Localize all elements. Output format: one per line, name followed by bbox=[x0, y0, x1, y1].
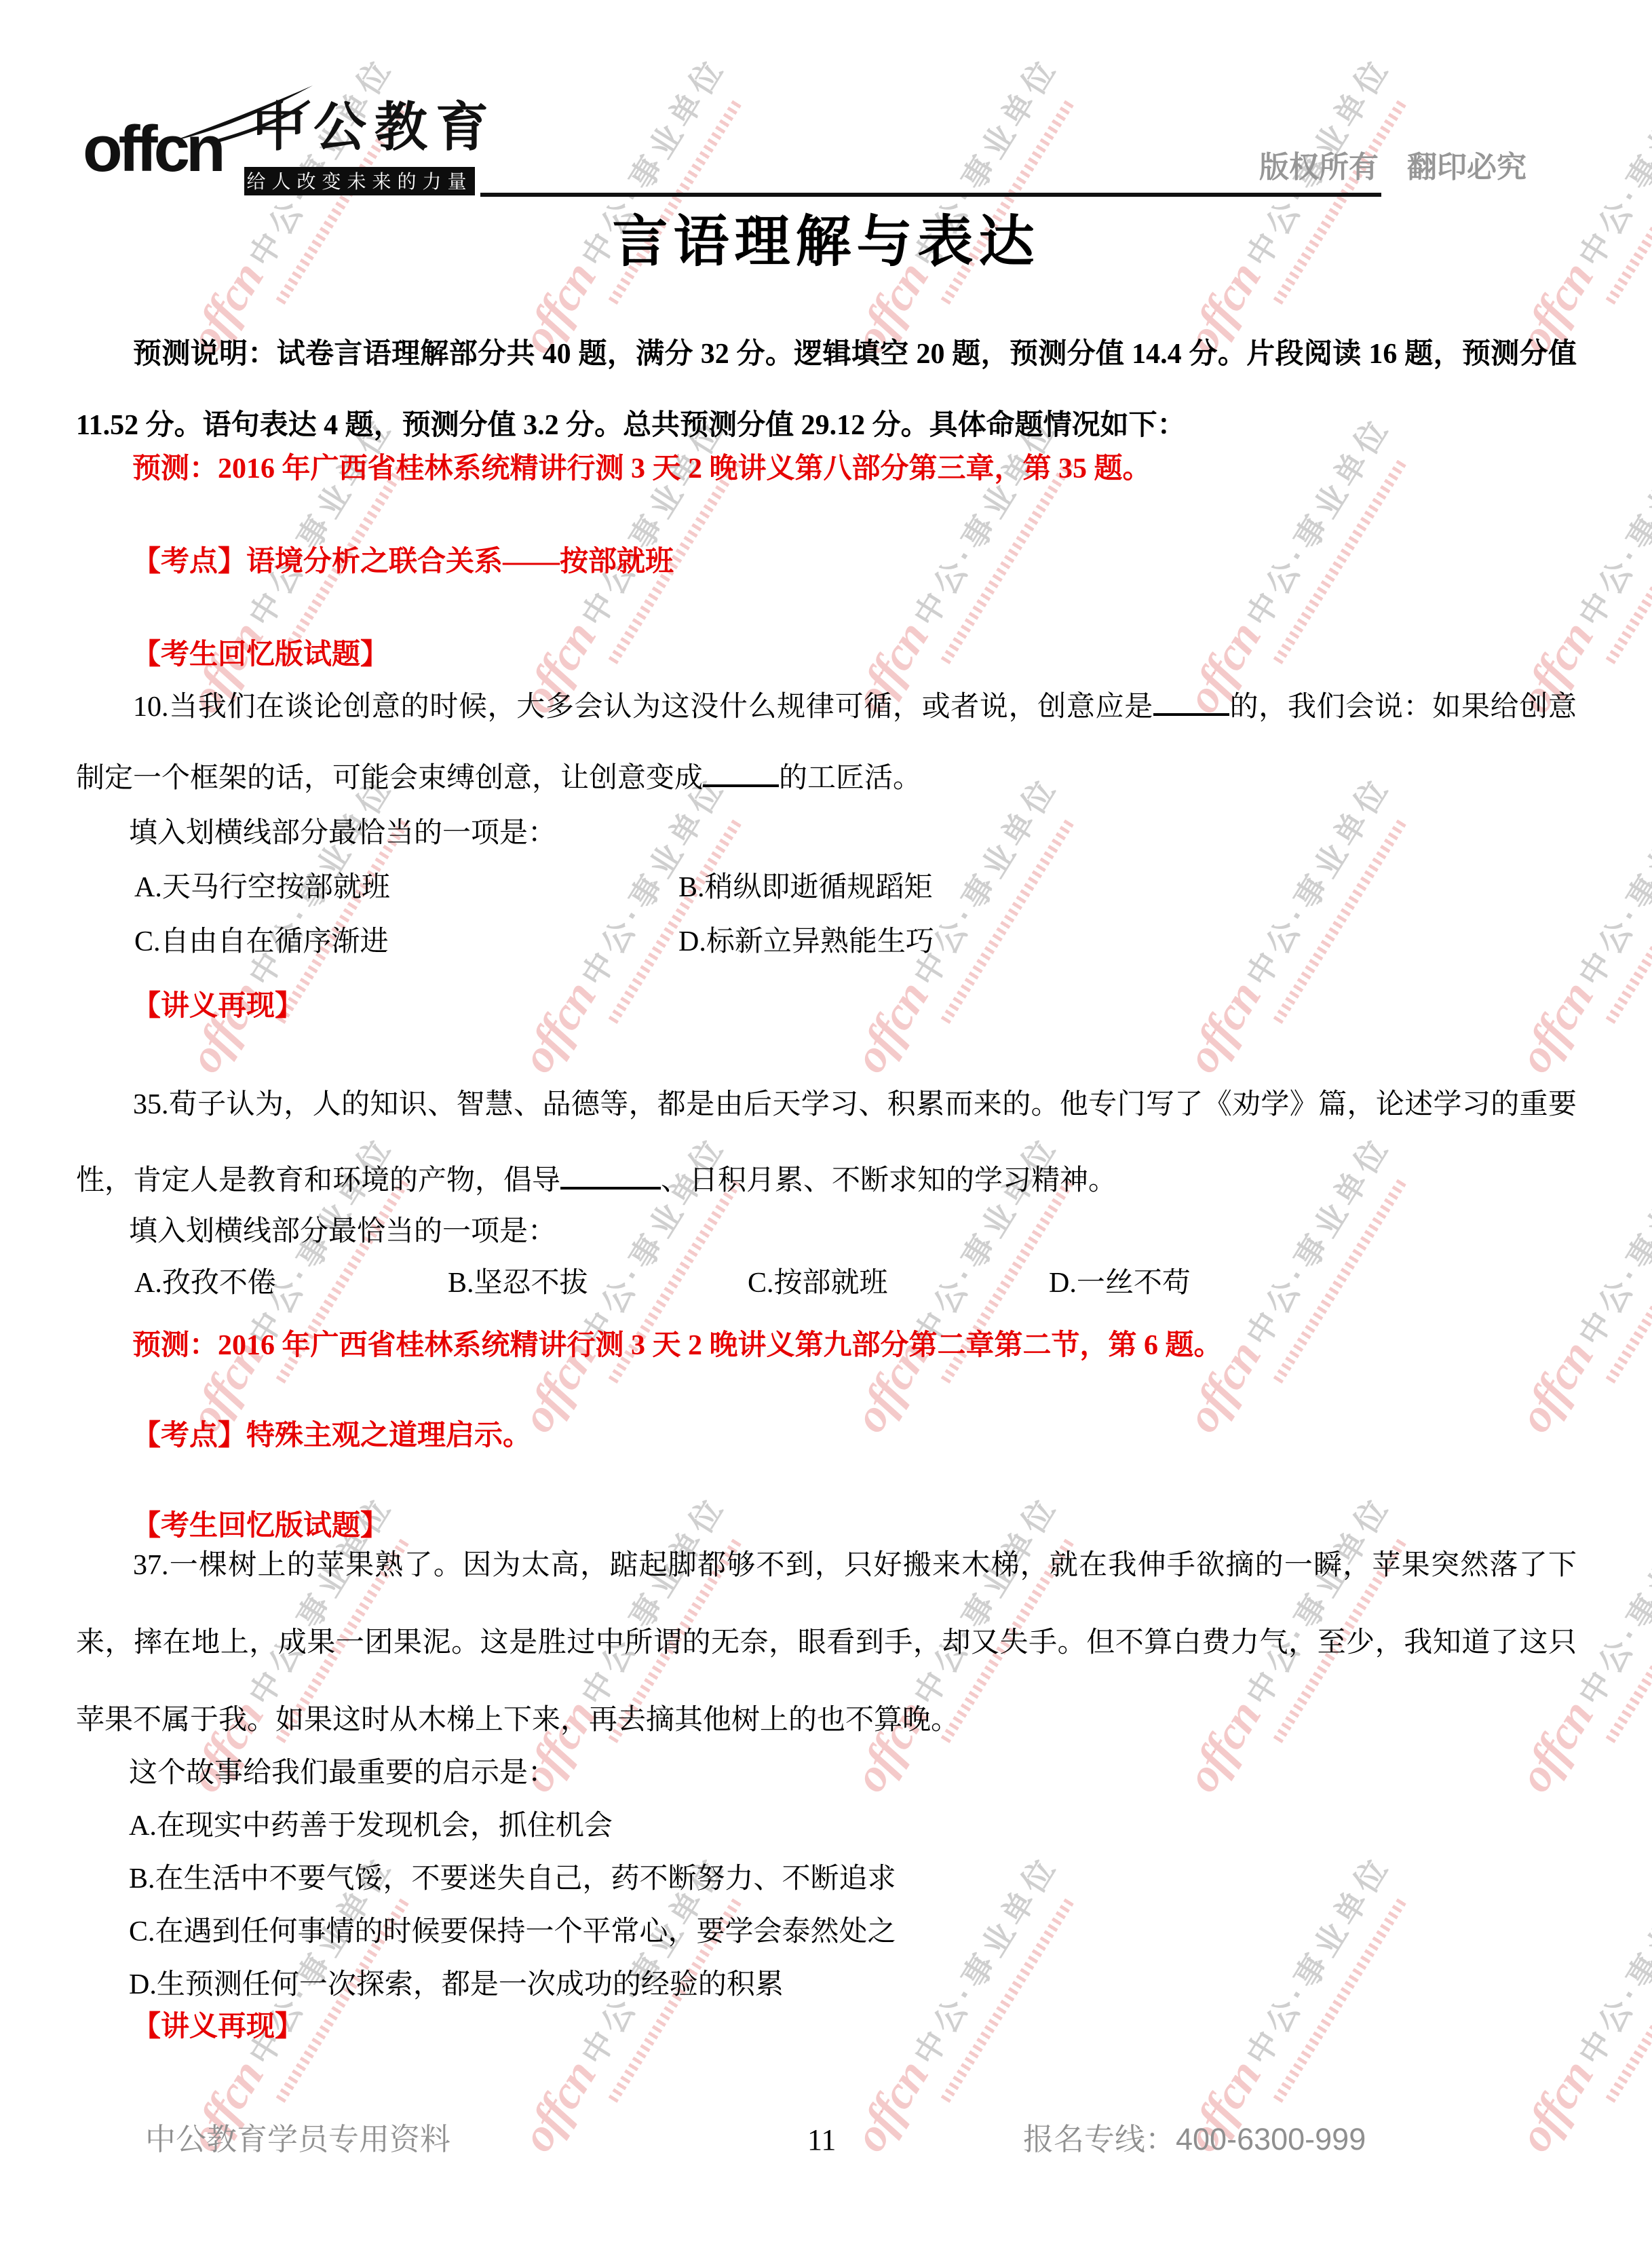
q35-blank bbox=[560, 1160, 661, 1190]
question-10-stem: 10.当我们在谈论创意的时候，大多会认为这没什么规律可循，或者说，创意应是的，我… bbox=[76, 672, 1577, 814]
q37-option-c: C.在遇到任何事情的时候要保持一个平常心，要学会泰然处之 bbox=[129, 1915, 896, 1949]
lecture-heading-2: 【讲义再现】 bbox=[132, 2010, 303, 2044]
q10-stem-part3: 的工匠活。 bbox=[779, 763, 921, 794]
recall-heading-1: 【考生回忆版试题】 bbox=[132, 638, 389, 672]
q35-option-b: B.坚忍不拔 bbox=[448, 1266, 588, 1300]
keypoint-heading-2: 【考点】特殊主观之道理启示。 bbox=[132, 1419, 531, 1453]
logo-tagline: 给人改变未来的力量 bbox=[244, 167, 475, 195]
q10-option-c: C.自由自在循序渐进 bbox=[134, 925, 389, 959]
question-35-stem: 35.荀子认为，人的知识、智慧、品德等，都是由后天学习、积累而来的。他专门写了《… bbox=[76, 1067, 1577, 1219]
lecture-heading-1: 【讲义再现】 bbox=[132, 989, 303, 1023]
q10-stem-part1: 10.当我们在谈论创意的时候，大多会认为这没什么规律可循，或者说，创意应是 bbox=[133, 691, 1153, 723]
q35-stem-part2: 、日积月累、不断求知的学习精神。 bbox=[661, 1165, 1117, 1196]
q10-prompt: 填入划横线部分最恰当的一项是： bbox=[129, 816, 556, 850]
q10-option-b: B.稍纵即逝循规蹈矩 bbox=[678, 871, 933, 905]
keypoint-heading-1: 【考点】语境分析之联合关系——按部就班 bbox=[132, 545, 674, 579]
prediction-note-1: 预测：2016 年广西省桂林系统精讲行测 3 天 2 晚讲义第八部分第三章，第 … bbox=[132, 452, 1151, 486]
q37-option-b: B.在生活中不要气馁，不要迷失自己，药不断努力、不断追求 bbox=[129, 1862, 896, 1896]
q10-blank-2 bbox=[703, 757, 779, 787]
q35-option-a: A.孜孜不倦 bbox=[134, 1266, 276, 1300]
logo-brand-name: 中公教育 bbox=[252, 100, 497, 153]
copyright-notice: 版权所有翻印必究 bbox=[1259, 142, 1526, 186]
q37-prompt: 这个故事给我们最重要的启示是： bbox=[129, 1756, 556, 1790]
q10-blank-1 bbox=[1153, 686, 1229, 716]
q37-option-a: A.在现实中药善于发现机会，抓住机会 bbox=[129, 1809, 613, 1843]
prediction-note-2: 预测：2016 年广西省桂林系统精讲行测 3 天 2 晚讲义第九部分第二章第二节… bbox=[132, 1329, 1223, 1363]
header-divider bbox=[480, 193, 1381, 197]
q35-option-d: D.一丝不苟 bbox=[1049, 1266, 1191, 1300]
page-title: 言语理解与表达 bbox=[0, 210, 1652, 274]
q10-option-a: A.天马行空按部就班 bbox=[134, 871, 390, 905]
document-page: offcn中公·事业单位offcn中公·事业单位offcn中公·事业单位offc… bbox=[0, 0, 1652, 2244]
q37-option-d: D.生预测任何一次探索，都是一次成功的经验的积累 bbox=[129, 1968, 784, 2002]
page-content: offcn 中公教育 给人改变未来的力量 版权所有翻印必究 言语理解与表达 预测… bbox=[0, 0, 1652, 2244]
footer-left-label: 中公教育学员专用资料 bbox=[145, 2121, 450, 2158]
q35-option-c: C.按部就班 bbox=[748, 1266, 888, 1300]
page-number: 11 bbox=[807, 2123, 836, 2159]
q35-prompt: 填入划横线部分最恰当的一项是： bbox=[129, 1215, 556, 1249]
question-37-stem: 37.一棵树上的苹果熟了。因为太高，踮起脚都够不到，只好搬来木梯，就在我伸手欲摘… bbox=[76, 1527, 1577, 1759]
copyright-right: 翻印必究 bbox=[1407, 151, 1526, 184]
footer-hotline: 报名专线：400-6300-999 bbox=[1023, 2121, 1366, 2158]
intro-paragraph: 预测说明：试卷言语理解部分共 40 题，满分 32 分。逻辑填空 20 题，预测… bbox=[76, 319, 1577, 461]
copyright-left: 版权所有 bbox=[1259, 151, 1379, 184]
q10-option-d: D.标新立异熟能生巧 bbox=[678, 925, 934, 959]
